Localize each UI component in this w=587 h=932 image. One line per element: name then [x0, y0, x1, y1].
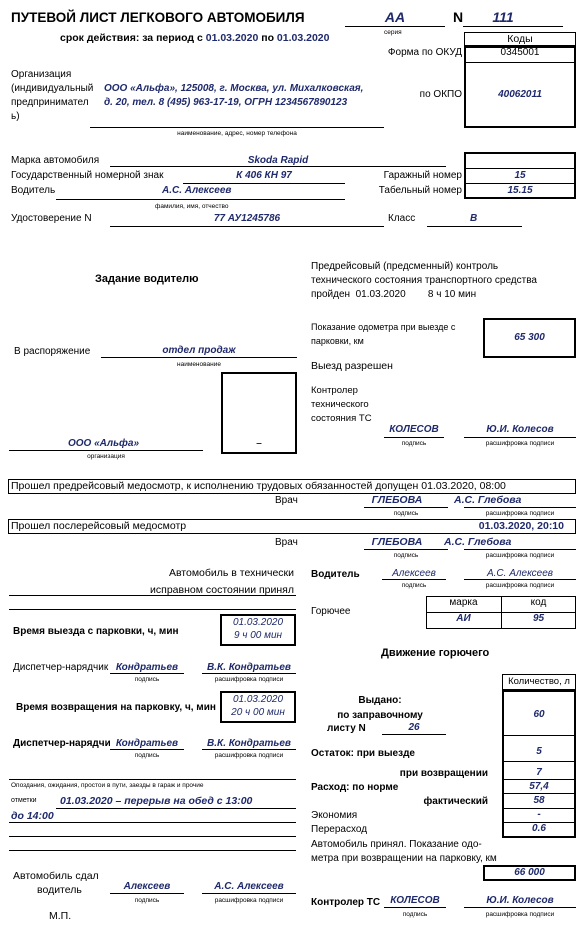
plate-label: Государственный номерной знак: [11, 170, 163, 181]
tab-label: Табельный номер: [350, 185, 462, 196]
series-value: АА: [345, 9, 445, 25]
number-value: 111: [463, 9, 543, 25]
final-decoding-caption: расшифровка подписи: [464, 911, 576, 918]
validity-period: срок действия: за период с 01.03.2020 по…: [60, 32, 329, 44]
okpo-label: по ОКПО: [380, 89, 462, 100]
overuse-label: Перерасход: [311, 824, 367, 835]
post-doctor-label: Врач: [275, 537, 298, 548]
return-label: Время возвращения на парковку, ч, мин: [16, 702, 216, 713]
tab-value: 15.15: [464, 185, 576, 196]
sheet-label: листу N: [327, 723, 366, 734]
task-org-caption: организация: [9, 453, 203, 460]
disposal-label: В распоряжение: [14, 346, 90, 357]
issued-value: 60: [502, 709, 576, 720]
license-label: Удостоверение N: [11, 213, 92, 224]
post-signature-caption: подпись: [364, 552, 448, 559]
post-medical-text: Прошел послерейсовый медосмотр: [11, 520, 186, 532]
departure-signature-caption: подпись: [110, 676, 184, 683]
class-label: Класс: [388, 213, 415, 224]
acceptance-signature-caption: подпись: [382, 582, 446, 589]
license-value: 77 АУ1245786: [110, 213, 384, 224]
fuel-code-header: код: [501, 597, 576, 608]
stamp-place: М.П.: [49, 910, 71, 922]
acceptance-driver-label: Водитель: [311, 569, 360, 580]
handover-decoding: А.С. Алексеев: [202, 881, 296, 892]
series-caption: серия: [384, 29, 402, 36]
tech-signature-caption: подпись: [384, 440, 444, 447]
driver-label: Водитель: [11, 185, 55, 196]
norm-label: Расход: по норме: [311, 782, 398, 793]
codes-box: [464, 46, 576, 128]
remarks-label: отметки: [11, 797, 37, 804]
final-odometer-label: Автомобиль принял. Показание одо- метра …: [311, 838, 497, 866]
handover-signature-caption: подпись: [110, 897, 184, 904]
stamp-value: –: [221, 438, 297, 449]
driver-caption: фамилия, имя, отчество: [155, 203, 229, 210]
actual-label: фактический: [330, 796, 488, 807]
codes-header: Коды: [464, 33, 576, 45]
fuel-code-value: 95: [501, 613, 576, 624]
pre-doctor-decoding: А.С. Глебова: [454, 494, 521, 506]
economy-value: -: [502, 809, 576, 820]
post-doctor-signature: ГЛЕБОВА: [364, 536, 430, 548]
tech-control-text: Предрейсовый (предсменный) контроль техн…: [311, 260, 537, 302]
post-doctor-decoding: А.С. Глебова: [444, 536, 511, 548]
tech-decoding: Ю.И. Колесов: [464, 424, 576, 435]
acceptance-decoding-caption: расшифровка подписи: [464, 582, 576, 589]
organization-value: ООО «Альфа», 125008, г. Москва, ул. Миха…: [104, 82, 363, 110]
post-medical-datetime: 01.03.2020, 20:10: [400, 520, 564, 532]
garage-value: 15: [464, 170, 576, 181]
acceptance-driver-decoding: А.С. Алексеев: [464, 568, 576, 579]
remarks-line1: 01.03.2020 – перерыв на обед с 13:00: [60, 795, 252, 807]
departure-datetime: 01.03.2020 9 ч 00 мин: [220, 616, 296, 642]
task-heading: Задание водителю: [95, 273, 199, 285]
norm-value: 57,4: [502, 781, 576, 792]
tech-decoding-caption: расшифровка подписи: [464, 440, 576, 447]
final-signature-caption: подпись: [384, 911, 446, 918]
qty-header: Количество, л: [502, 676, 576, 687]
fuel-label: Горючее: [311, 606, 350, 617]
tech-signature: КОЛЕСОВ: [384, 424, 444, 435]
brand-value: Skoda Rapid: [110, 155, 446, 166]
acceptance-driver-signature: Алексеев: [382, 568, 446, 579]
overuse-value: 0.6: [502, 823, 576, 834]
remarks-caption: Опоздания, ожидания, простои в пути, зае…: [11, 782, 204, 789]
disposal-value: отдел продаж: [101, 345, 297, 356]
plate-value: К 406 КН 97: [183, 170, 345, 181]
return-dispatcher-decoding: В.К. Кондратьев: [202, 738, 296, 749]
odometer-exit-label: Показание одометра при выезде с парковки…: [311, 320, 455, 348]
final-signature: КОЛЕСОВ: [384, 895, 446, 906]
okpo-value: 40062011: [464, 89, 576, 100]
pre-medical-text: Прошел предрейсовый медосмотр, к исполне…: [11, 480, 506, 492]
handover-decoding-caption: расшифровка подписи: [202, 897, 296, 904]
handover-label: Автомобиль сдал водитель: [13, 869, 99, 897]
departure-dispatcher-signature: Кондратьев: [110, 662, 184, 673]
exit-allowed: Выезд разрешен: [311, 360, 393, 372]
final-odometer-value: 66 000: [483, 867, 576, 878]
sheet-number: 26: [382, 722, 446, 733]
disposal-caption: наименование: [101, 361, 297, 368]
rest-exit-label: Остаток: при выезде: [311, 748, 415, 759]
number-label: N: [453, 9, 463, 25]
brand-label: Марка автомобиля: [11, 155, 99, 166]
okud-label: Форма по ОКУД: [330, 47, 462, 58]
return-dispatcher-label: Диспетчер-нарядчик: [13, 738, 110, 749]
odometer-exit-value: 65 300: [483, 332, 576, 343]
return-dispatcher-signature: Кондратьев: [110, 738, 184, 749]
driver-value: А.С. Алексеев: [162, 185, 231, 196]
departure-decoding-caption: расшифровка подписи: [202, 676, 296, 683]
issued-label: Выдано: по заправочному: [330, 693, 430, 723]
pre-decoding-caption: расшифровка подписи: [464, 510, 576, 517]
return-decoding-caption: расшифровка подписи: [202, 752, 296, 759]
okud-value: 0345001: [464, 47, 576, 58]
organization-caption: наименование, адрес, номер телефона: [90, 130, 384, 137]
final-controller-label: Контролер ТС: [311, 897, 380, 908]
departure-label: Время выезда с парковки, ч, мин: [13, 626, 179, 637]
handover-signature: Алексеев: [110, 881, 184, 892]
fuel-movement-heading: Движение горючего: [381, 647, 489, 659]
post-decoding-caption: расшифровка подписи: [464, 552, 576, 559]
final-decoding: Ю.И. Колесов: [464, 895, 576, 906]
rest-return-label: при возвращении: [330, 768, 488, 779]
remarks-line2: до 14:00: [11, 810, 54, 822]
fuel-brand-value: АИ: [426, 613, 501, 624]
return-datetime: 01.03.2020 20 ч 00 мин: [220, 693, 296, 719]
economy-label: Экономия: [311, 810, 357, 821]
rest-exit-value: 5: [502, 746, 576, 757]
document-title: ПУТЕВОЙ ЛИСТ ЛЕГКОВОГО АВТОМОБИЛЯ: [11, 10, 305, 25]
actual-value: 58: [502, 795, 576, 806]
garage-label: Гаражный номер: [350, 170, 462, 181]
organization-label: Организация (индивидуальный предпринимат…: [11, 68, 93, 124]
controller-label: Контролер технического состояния ТС: [311, 384, 372, 426]
departure-dispatcher-decoding: В.К. Кондратьев: [202, 662, 296, 673]
return-signature-caption: подпись: [110, 752, 184, 759]
acceptance-text: Автомобиль в технически исправном состоя…: [100, 565, 294, 599]
rest-return-value: 7: [502, 767, 576, 778]
fuel-brand-header: марка: [426, 597, 501, 608]
departure-dispatcher-label: Диспетчер-нарядчик: [13, 662, 110, 673]
pre-signature-caption: подпись: [364, 510, 448, 517]
task-org-value: ООО «Альфа»: [68, 438, 139, 449]
pre-doctor-label: Врач: [275, 495, 298, 506]
class-value: B: [470, 213, 477, 224]
pre-doctor-signature: ГЛЕБОВА: [364, 494, 430, 506]
